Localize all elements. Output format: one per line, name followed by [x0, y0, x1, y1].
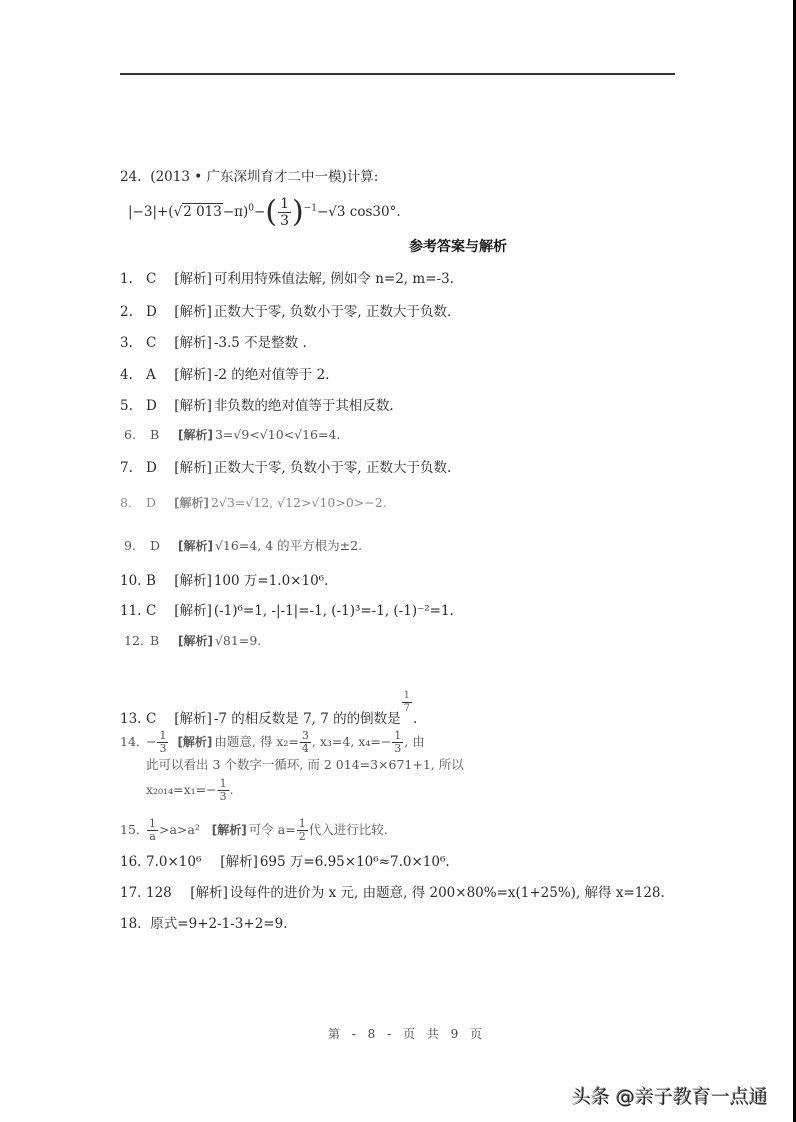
answer-item: 9.D [解析]√16=4, 4 的平方根为±2.: [124, 537, 362, 555]
answer-14-line2: 此可以看出 3 个数字一循环, 而 2 014=3×671+1, 所以: [146, 756, 464, 774]
answer-item: 3.C [解析]-3.5 不是整数 .: [120, 334, 307, 352]
section-title: 参考答案与解析: [0, 236, 796, 256]
page-footer: 第 - 8 - 页 共 9 页: [0, 1025, 796, 1042]
fraction: 12: [297, 818, 308, 843]
answer-item: 2.D [解析]正数大于零, 负数小于零, 正数大于负数.: [120, 303, 451, 321]
answer-item: 12.B [解析]√81=9.: [124, 632, 261, 650]
answer-item: 15.1a>a>a² [解析]可令 a=12代入进行比较.: [120, 818, 388, 843]
answer-item: 10.B [解析]100 万=1.0×10⁶.: [120, 572, 328, 590]
answer-item: 18. 原式=9+2-1-3+2=9.: [120, 915, 288, 933]
answer-item: 14.−13 [解析]由题意, 得 x₂=34, x₃=4, x₄=−13, 由: [120, 730, 425, 755]
fraction: 13: [218, 778, 229, 803]
answer-item: 13.C [解析]-7 的相反数是 7, 7 的的倒数是17.: [120, 690, 417, 728]
answer-item: 1.C [解析]可利用特殊值法解, 例如令 n=2, m=-3.: [120, 270, 454, 288]
answer-item: 7.D [解析]正数大于零, 负数小于零, 正数大于负数.: [120, 459, 451, 477]
fraction: 13: [278, 196, 291, 229]
answer-item: 4.A [解析]-2 的绝对值等于 2.: [120, 366, 329, 384]
fraction: 13: [157, 730, 168, 755]
answer-item: 8.D [解析]2√3=√12, √12>√10>0>−2.: [120, 494, 387, 512]
answer-item: 6.B [解析]3=√9<√10<√16=4.: [124, 426, 340, 444]
answer-14-line3: x₂₀₁₄=x₁=−13.: [146, 778, 234, 803]
header-rule: [120, 73, 675, 75]
fraction: 17: [402, 690, 412, 715]
question-source: (2013 • 广东深圳育才二中一模)计算:: [150, 169, 378, 185]
fraction: 34: [300, 730, 311, 755]
answer-item: 5.D [解析]非负数的绝对值等于其相反数.: [120, 397, 394, 415]
fraction: 1a: [147, 818, 158, 843]
answer-item: 17.128 [解析]设每件的进价为 x 元, 由题意, 得 200×80%=x…: [120, 884, 665, 902]
watermark: 头条 @亲子教育一点通: [572, 1082, 768, 1109]
fraction: 13: [392, 730, 403, 755]
question-24-expression: |−3|+(√2 013−π)0−(13)−1−√3 cos30°.: [128, 196, 401, 229]
answer-item: 16.7.0×10⁶ [解析]695 万=6.95×10⁶≈7.0×10⁶.: [120, 853, 450, 871]
question-24-title: 24. (2013 • 广东深圳育才二中一模)计算:: [120, 168, 378, 186]
answer-item: 11.C [解析](-1)⁶=1, -|-1|=-1, (-1)³=-1, (-…: [120, 602, 454, 620]
